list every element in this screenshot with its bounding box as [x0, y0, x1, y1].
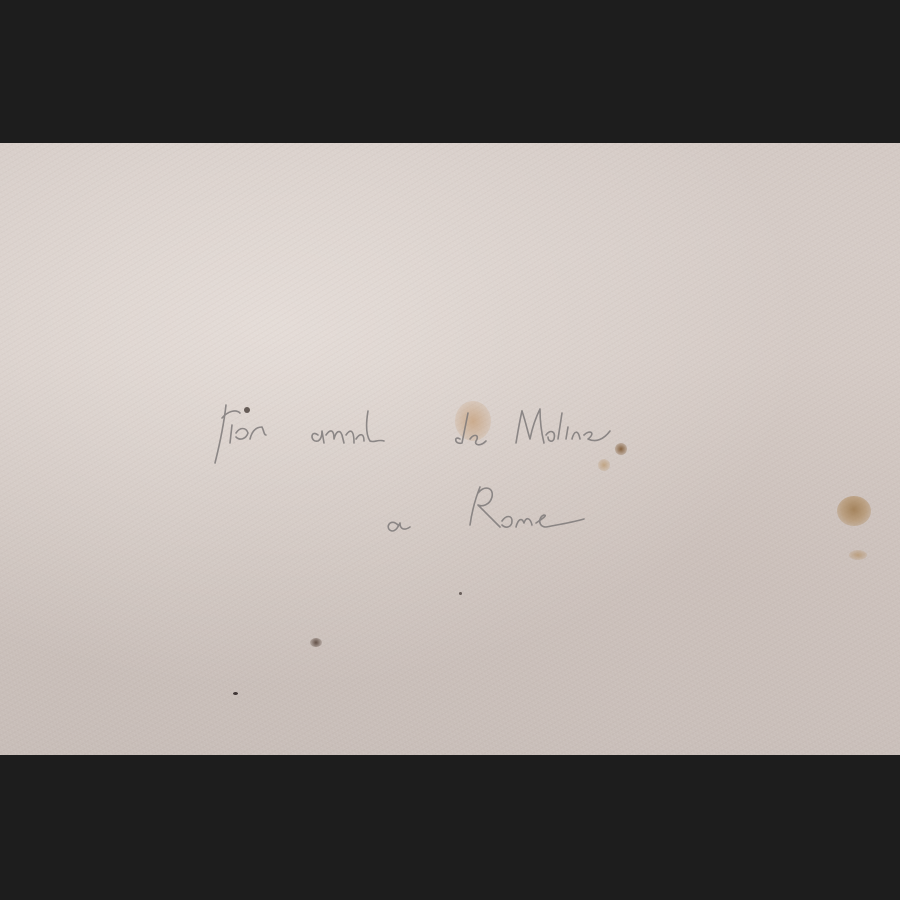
paper-sheet: fier aunil de Molins a Rome	[0, 143, 900, 755]
photo-frame: fier aunil de Molins a Rome	[0, 0, 900, 900]
pencil-inscription	[0, 143, 900, 755]
